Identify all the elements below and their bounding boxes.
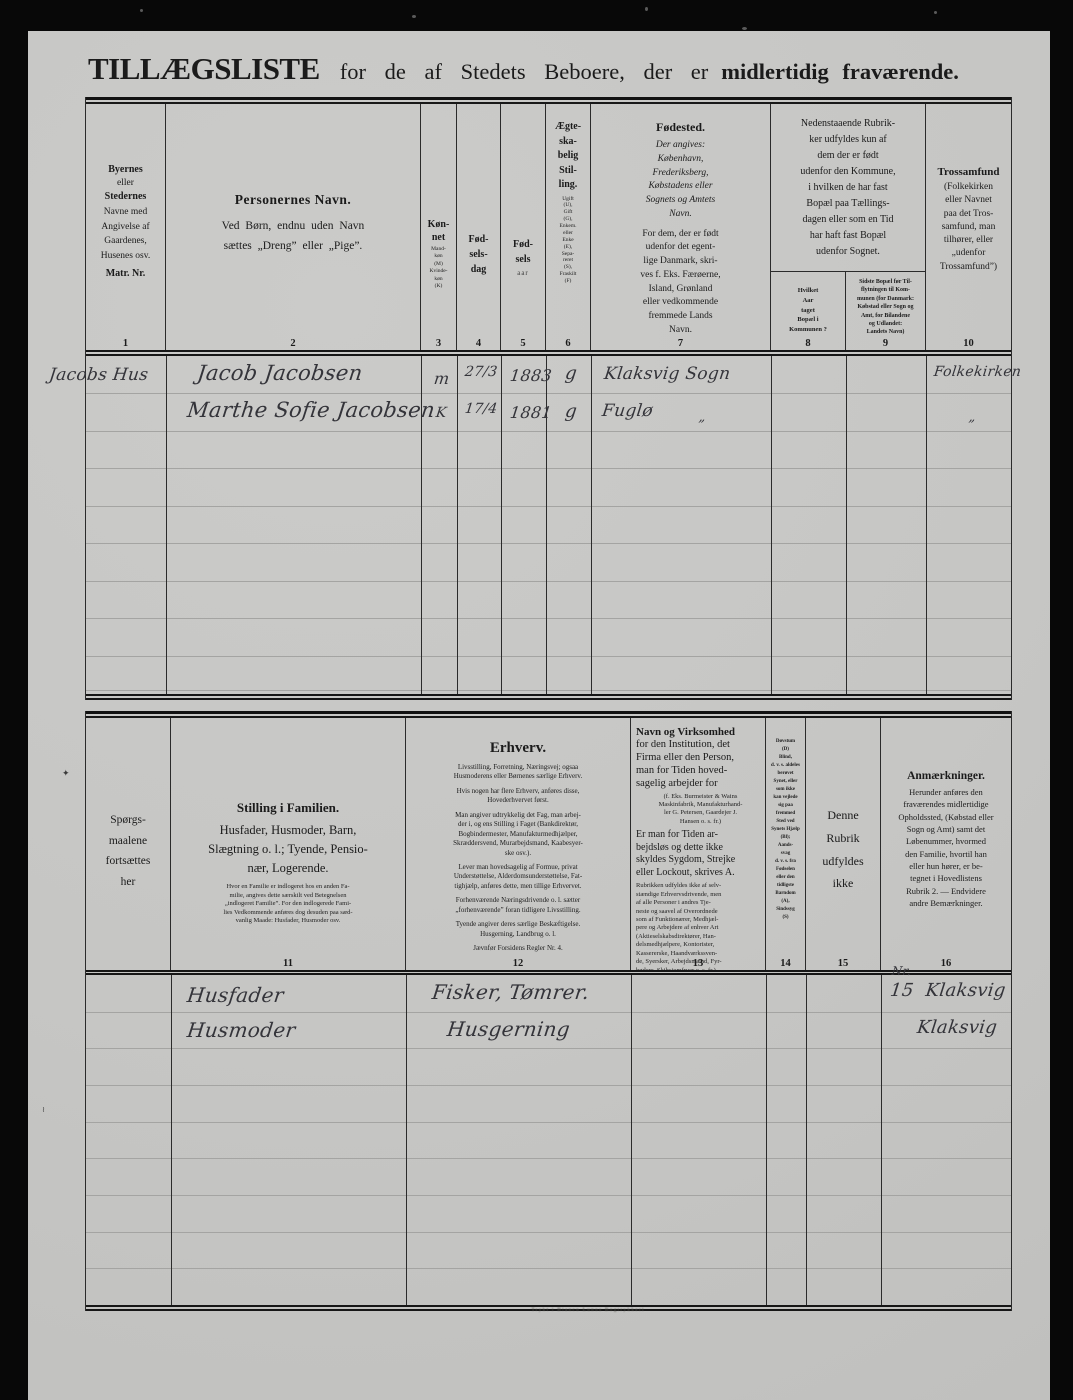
t2-r1-position: Husfader — [186, 985, 285, 1005]
t1-r1-place: Jacobs Hus — [48, 367, 149, 384]
t1-r2-ditto: „ — [698, 411, 707, 424]
t1-r2-name: Marthe Sofie Jacobsen — [186, 400, 436, 421]
t2-r1-occupation: Fisker, Tømrer. — [431, 982, 590, 1002]
scan-artifact — [742, 27, 747, 30]
scan-artifact — [140, 9, 143, 12]
printer-imprint: Trykt i Bianco Lunos Bogtrykkeri — [458, 1307, 718, 1313]
t1-group89-subcolumns: Hvilket Aar taget Bopæl i Kommunen ? 8 S… — [771, 272, 925, 350]
t2-col15-header: Denne Rubrik udfyldes ikke 15 — [806, 718, 881, 970]
t1-r1-denomination: Folkekirken — [933, 365, 1022, 379]
t2-r1-remark: 15 Klaksvig — [889, 982, 1007, 1000]
t1-col3-header: Køn- net Mand- køn (M) Kvinde- køn (K) 3 — [421, 104, 457, 350]
table2-body: Husfader Fisker, Tømrer. Nr. 15 Klaksvig… — [86, 975, 1011, 1305]
title-middle: for de af Stedets Beboere, der er — [340, 59, 709, 85]
t1-col8-header: Hvilket Aar taget Bopæl i Kommunen ? 8 — [771, 272, 846, 350]
t1-col10-header: Trossamfund (Folkekirken eller Navnet pa… — [926, 104, 1011, 350]
scan-artifact — [934, 11, 937, 14]
t1-r2-denomination-ditto: „ — [968, 411, 977, 424]
t1-col8-9-group: Nedenstaaende Rubrik- ker udfyldes kun a… — [771, 104, 926, 350]
t1-col6-header: Ægte- ska- belig Stil- ling. Ugift (U), … — [546, 104, 591, 350]
double-rule — [86, 694, 1011, 700]
t2-col16-header: Anmærkninger. Herunder anføres den fravæ… — [881, 718, 1011, 970]
t1-r1-birthplace: Klaksvig Sogn — [603, 366, 731, 383]
title-bold-tail: midlertidig fraværende. — [721, 59, 959, 85]
t1-r2-sex: K — [435, 406, 447, 420]
margin-mark: ≀ — [42, 1105, 45, 1114]
t2-r2-occupation: Husgerning — [446, 1019, 571, 1039]
paper: ✦ ≀ TILLÆGSLISTE for de af Stedets Beboe… — [28, 31, 1050, 1400]
double-rule — [86, 711, 1011, 718]
t2-r1-remark-nr: Nr. — [891, 965, 912, 977]
table-1: Byernes eller Stedernes Navne med Angive… — [85, 97, 1012, 700]
t1-col9-header: Sidste Bopæl før Til- flytningen til Kom… — [846, 272, 925, 350]
t1-col4-header: Fød- sels- dag 4 — [457, 104, 501, 350]
t1-r2-birthday: 17/4 — [464, 402, 498, 416]
t2-col12-header: Erhverv. Livsstilling, Forretning, Nærin… — [406, 718, 631, 970]
t1-r2-birthyear: 1881 — [509, 405, 553, 421]
t1-col5-header: Fød- sels aar 5 — [501, 104, 546, 350]
t1-group89-note: Nedenstaaende Rubrik- ker udfyldes kun a… — [771, 104, 925, 272]
t2-col11-header: Stilling i Familien. Husfader, Husmoder,… — [171, 718, 406, 970]
scan-artifact — [645, 7, 648, 11]
t1-r2-birthplace: Fuglø — [601, 403, 654, 420]
page-title: TILLÆGSLISTE for de af Stedets Beboere, … — [88, 51, 1018, 87]
t1-r1-birthday: 27/3 — [464, 365, 498, 379]
t2-col13-header: Navn og Virksomhed for den Institution, … — [631, 718, 766, 970]
double-rule — [86, 97, 1011, 104]
margin-mark: ✦ — [62, 768, 70, 779]
t1-col1-header: Byernes eller Stedernes Navne med Angive… — [86, 104, 166, 350]
table1-body: Jacobs Hus Jacob Jacobsen m 27/3 1883 g … — [86, 356, 1011, 694]
t1-r1-marital: g — [564, 365, 578, 383]
t1-r2-marital: g — [564, 403, 578, 421]
t1-r1-name: Jacob Jacobsen — [196, 363, 364, 384]
table2-header: Spørgs- maalene fortsættes her Stilling … — [86, 718, 1011, 970]
t1-col2-header: Personernes Navn. Ved Børn, endnu uden N… — [166, 104, 421, 350]
t1-r1-birthyear: 1883 — [509, 368, 553, 384]
t2-side-label: Spørgs- maalene fortsættes her — [86, 718, 171, 970]
t2-col14-header: Døvstum (D) Blind, d. v. s. aldeles berø… — [766, 718, 806, 970]
table1-header: Byernes eller Stedernes Navne med Angive… — [86, 104, 1011, 350]
scanned-census-page: ✦ ≀ TILLÆGSLISTE for de af Stedets Beboe… — [0, 0, 1073, 1400]
t2-r2-remark: Klaksvig — [916, 1019, 998, 1037]
table-2: Spørgs- maalene fortsættes her Stilling … — [85, 711, 1012, 1311]
scan-artifact — [412, 15, 416, 18]
title-lead: TILLÆGSLISTE — [88, 51, 320, 87]
t1-r1-sex: m — [433, 371, 450, 387]
t2-r2-position: Husmoder — [186, 1020, 297, 1040]
t1-col7-header: Fødested. Der angives: København, Freder… — [591, 104, 771, 350]
